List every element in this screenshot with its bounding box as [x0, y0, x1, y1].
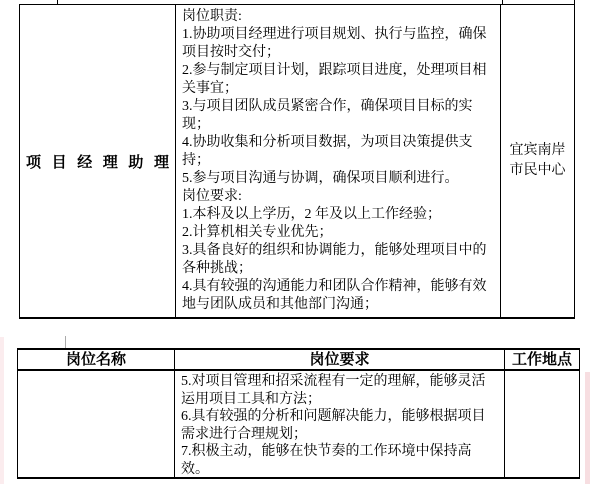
- job-detail-cell: 岗位职责:1.协助项目经理进行项目规划、执行与监控，确保项目按时交付；2.参与制…: [176, 5, 501, 317]
- detail-line: 持；: [182, 152, 495, 170]
- detail-line: 4.具有较强的沟通能力和团队合作精神，能够有效: [182, 278, 495, 296]
- detail-line: 7.积极主动，能够在快节奏的工作环境中保持高: [181, 443, 499, 461]
- location-line: 宜宾南岸: [510, 141, 566, 161]
- detail-line: 岗位要求:: [182, 188, 495, 206]
- detail-line: 岗位职责:: [182, 8, 495, 26]
- position-name-cell: 项目经理助理: [20, 5, 176, 317]
- work-location-cell: 宜宾南岸市民中心: [501, 5, 574, 317]
- right-edge-artifact: [585, 372, 590, 484]
- detail-line: 6.具有较强的分析和问题解决能力，能够根据项目: [181, 408, 499, 426]
- work-location-cell-empty: [505, 371, 579, 477]
- location-line: 市民中心: [510, 161, 566, 181]
- detail-line: 5.参与项目沟通与协调，确保项目顺利进行。: [182, 170, 495, 188]
- table-body-row: 5.对项目管理和招采流程有一定的理解，能够灵活运用项目工具和方法；6.具有较强的…: [18, 371, 579, 477]
- header-work-location: 工作地点: [505, 350, 579, 369]
- detail-line: 现；: [182, 116, 495, 134]
- detail-line: 运用项目工具和方法；: [181, 391, 499, 409]
- position-name: 项目经理助理: [20, 151, 175, 172]
- detail-line: 项目按时交付；: [182, 44, 495, 62]
- detail-line: 1.本科及以上学历，2 年及以上工作经验；: [182, 206, 495, 224]
- job-row-table: 项目经理助理 岗位职责:1.协助项目经理进行项目规划、执行与监控，确保项目按时交…: [19, 4, 575, 319]
- work-location-text: 宜宾南岸市民中心: [510, 141, 566, 181]
- position-name-cell-empty: [18, 371, 175, 477]
- detail-line: 1.协助项目经理进行项目规划、执行与监控，确保: [182, 26, 495, 44]
- detail-line: 2.参与制定项目计划，跟踪项目进度，处理项目相: [182, 62, 495, 80]
- document-page: { "colors": { "table_border": "#000000",…: [0, 0, 590, 484]
- left-edge-artifact: [0, 337, 4, 484]
- requirements-continuation-text: 5.对项目管理和招采流程有一定的理解，能够灵活运用项目工具和方法；6.具有较强的…: [181, 373, 499, 477]
- requirements-continuation-cell: 5.对项目管理和招采流程有一定的理解，能够灵活运用项目工具和方法；6.具有较强的…: [175, 371, 505, 477]
- detail-line: 需求进行合理规划；: [181, 426, 499, 444]
- detail-line: 关事宜；: [182, 80, 495, 98]
- detail-line: 4.协助收集和分析项目数据，为项目决策提供支: [182, 134, 495, 152]
- job-detail-text: 岗位职责:1.协助项目经理进行项目规划、执行与监控，确保项目按时交付；2.参与制…: [182, 8, 495, 314]
- detail-line: 3.与项目团队成员紧密合作，确保项目目标的实: [182, 98, 495, 116]
- table-header-row: 岗位名称 岗位要求 工作地点: [18, 350, 579, 371]
- detail-line: 地与团队成员和其他部门沟通；: [182, 296, 495, 314]
- detail-line: 效。: [181, 461, 499, 478]
- header-job-requirements: 岗位要求: [175, 350, 505, 369]
- job-table-header-section: 岗位名称 岗位要求 工作地点 5.对项目管理和招采流程有一定的理解，能够灵活运用…: [17, 348, 580, 479]
- detail-line: 5.对项目管理和招采流程有一定的理解，能够灵活: [181, 373, 499, 391]
- header-position-name: 岗位名称: [18, 350, 175, 369]
- detail-line: 2.计算机相关专业优先；: [182, 224, 495, 242]
- detail-line: 各种挑战；: [182, 260, 495, 278]
- detail-line: 3.具备良好的组织和协调能力，能够处理项目中的: [182, 242, 495, 260]
